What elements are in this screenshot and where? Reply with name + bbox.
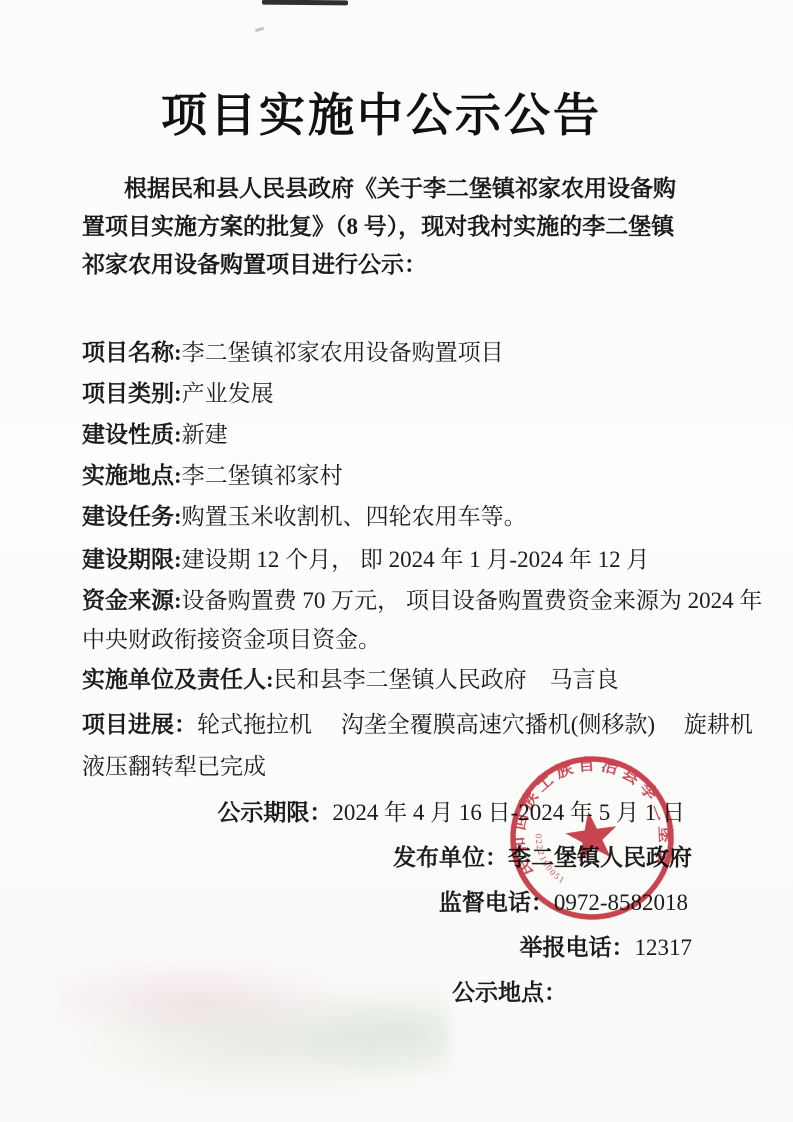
seal-serial-number: 0222100051 (533, 830, 569, 889)
field-project-category-label: 项目类别: (82, 381, 182, 406)
footer-report-phone: 举报电话：12317 (82, 925, 692, 970)
field-implementing-unit: 实施单位及责任人:民和县李二堡镇人民政府 马言良 (82, 659, 693, 700)
field-implementation-location-label: 实施地点: (82, 463, 182, 488)
footer-publicity-location-label: 公示地点： (452, 980, 567, 1005)
footer-publicity-period-label: 公示期限： (217, 800, 332, 825)
field-project-category-value: 产业发展 (182, 381, 274, 406)
field-construction-task-value: 购置玉米收割机、四轮农用车等。 (182, 504, 527, 529)
field-funding-source-line2: 中央财政衔接资金项目资金。 (82, 621, 693, 659)
field-project-progress-value: 轮式拖拉机 沟垄全覆膜高速穴播机(侧移款) 旋耕机 (197, 712, 753, 737)
field-funding-source-label: 资金来源: (82, 588, 182, 613)
seal-star-icon (563, 808, 621, 863)
intro-line-2: 置项目实施方案的批复》（8 号），现对我村实施的李二堡镇 (82, 208, 693, 246)
footer-issuing-unit-label: 发布单位： (393, 845, 508, 870)
field-construction-period: 建设期限:建设期 12 个月， 即 2024 年 1 月-2024 年 12 月 (82, 539, 693, 580)
field-implementing-unit-value: 民和县李二堡镇人民政府 马言良 (274, 667, 619, 692)
field-construction-nature-value: 新建 (182, 422, 228, 447)
field-implementation-location: 实施地点:李二堡镇祁家村 (82, 455, 693, 496)
intro-line-1: 根据民和县人民县政府《关于李二堡镇祁家农用设备购 (82, 170, 693, 208)
field-project-category: 项目类别:产业发展 (82, 373, 693, 414)
field-construction-task: 建设任务:购置玉米收割机、四轮农用车等。 (82, 496, 693, 537)
official-seal: 民和回族土族自治县李二堡镇人民政府 0222100051 (490, 736, 693, 939)
footer-publicity-location: 公示地点： (82, 970, 567, 1015)
footer-report-phone-value: 12317 (635, 935, 693, 960)
field-implementing-unit-label: 实施单位及责任人: (82, 667, 274, 692)
field-construction-nature: 建设性质:新建 (82, 414, 693, 455)
document-page: 项目实施中公示公告 根据民和县人民县政府《关于李二堡镇祁家农用设备购 置项目实施… (0, 0, 793, 1122)
field-project-name-value: 李二堡镇祁家农用设备购置项目 (182, 340, 504, 365)
document-title: 项目实施中公示公告 (76, 88, 687, 144)
project-fields: 项目名称:李二堡镇祁家农用设备购置项目 项目类别:产业发展 建设性质:新建 实施… (82, 332, 693, 789)
intro-line-3: 祁家农用设备购置项目进行公示： (82, 246, 693, 284)
field-funding-source: 资金来源:设备购置费 70 万元， 项目设备购置费资金来源为 2024 年 (82, 580, 693, 621)
field-project-name: 项目名称:李二堡镇祁家农用设备购置项目 (82, 332, 693, 373)
intro-paragraph: 根据民和县人民县政府《关于李二堡镇祁家农用设备购 置项目实施方案的批复》（8 号… (82, 170, 693, 284)
footer-report-phone-label: 举报电话： (520, 935, 635, 960)
field-construction-period-label: 建设期限: (82, 547, 182, 572)
field-project-progress: 项目进展：轮式拖拉机 沟垄全覆膜高速穴播机(侧移款) 旋耕机 (82, 704, 693, 745)
field-construction-task-label: 建设任务: (82, 504, 182, 529)
field-construction-period-value: 建设期 12 个月， 即 2024 年 1 月-2024 年 12 月 (182, 547, 650, 572)
field-funding-source-value: 设备购置费 70 万元， 项目设备购置费资金来源为 2024 年 (182, 588, 763, 613)
seal-ring-text: 民和回族土族自治县李二堡镇人民政府 (490, 736, 681, 893)
field-implementation-location-value: 李二堡镇祁家村 (182, 463, 343, 488)
field-project-name-label: 项目名称: (82, 340, 182, 365)
field-project-progress-label: 项目进展： (82, 712, 197, 737)
field-construction-nature-label: 建设性质: (82, 422, 182, 447)
